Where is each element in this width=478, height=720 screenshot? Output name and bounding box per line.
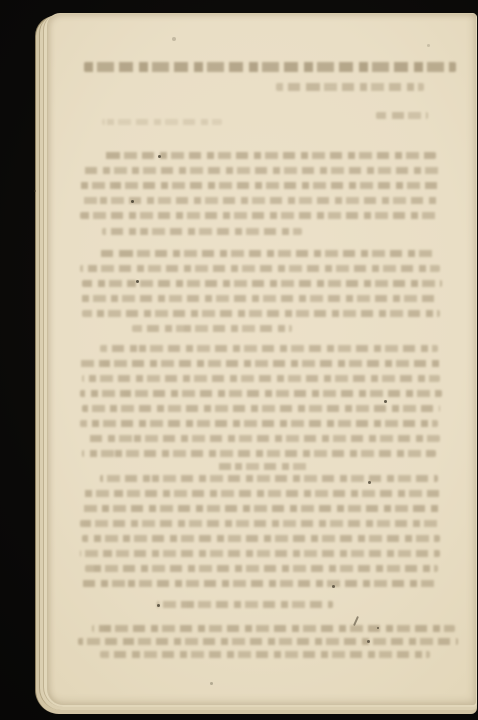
scan-backdrop	[0, 0, 478, 720]
book-page	[47, 13, 476, 705]
